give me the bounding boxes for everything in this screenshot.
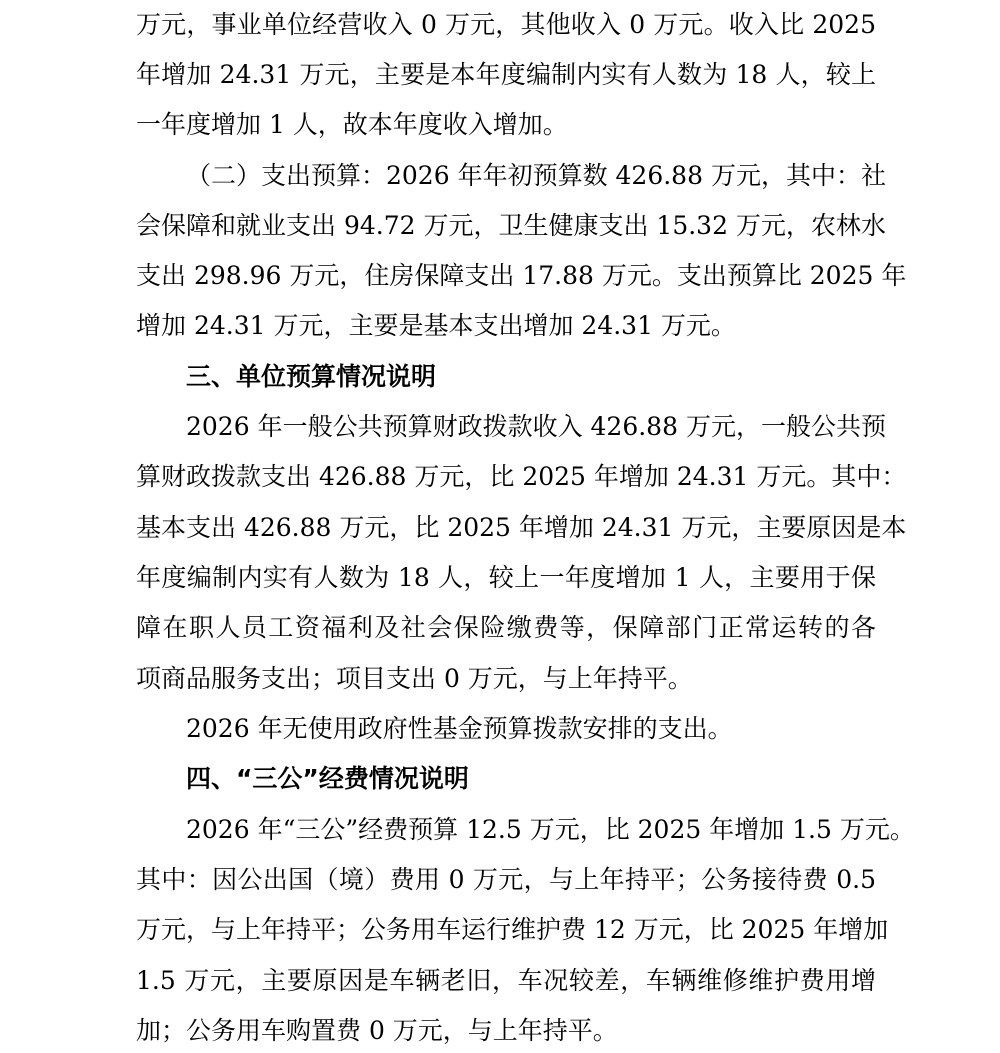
paragraph-three-public-line-4: 1.5 万元，主要原因是车辆老旧，车况较差，车辆维修维护费用增	[136, 956, 876, 1006]
paragraph-unit-budget-line-5: 障在职人员工资福利及社会保险缴费等，保障部门正常运转的各	[136, 603, 876, 653]
paragraph-three-public-line-1: 2026 年“三公”经费预算 12.5 万元，比 2025 年增加 1.5 万元…	[186, 805, 876, 855]
paragraph-unit-budget-line-4: 年度编制内实有人数为 18 人，较上一年度增加 1 人，主要用于保	[136, 553, 876, 603]
paragraph-unit-budget-line-3: 基本支出 426.88 万元，比 2025 年增加 24.31 万元，主要原因是…	[136, 503, 876, 553]
paragraph-expenditure-line-3: 支出 298.96 万元，住房保障支出 17.88 万元。支出预算比 2025 …	[136, 251, 876, 301]
paragraph-government-fund: 2026 年无使用政府性基金预算拨款安排的支出。	[186, 704, 876, 754]
section-heading-three-public: 四、“三公”经费情况说明	[186, 754, 876, 804]
paragraph-unit-budget-line-1: 2026 年一般公共预算财政拨款收入 426.88 万元，一般公共预	[186, 402, 876, 452]
paragraph-three-public-line-5: 加；公务用车购置费 0 万元，与上年持平。	[136, 1006, 876, 1053]
paragraph-three-public-line-2: 其中：因公出国（境）费用 0 万元，与上年持平；公务接待费 0.5	[136, 855, 876, 905]
paragraph-income-line-1: 万元，事业单位经营收入 0 万元，其他收入 0 万元。收入比 2025	[136, 0, 876, 50]
paragraph-expenditure-line-1: （二）支出预算：2026 年年初预算数 426.88 万元，其中：社	[186, 151, 876, 201]
paragraph-income-line-2: 年增加 24.31 万元，主要是本年度编制内实有人数为 18 人，较上	[136, 50, 876, 100]
section-heading-unit-budget: 三、单位预算情况说明	[186, 352, 876, 402]
paragraph-expenditure-line-2: 会保障和就业支出 94.72 万元，卫生健康支出 15.32 万元，农林水	[136, 201, 876, 251]
paragraph-unit-budget-line-2: 算财政拨款支出 426.88 万元，比 2025 年增加 24.31 万元。其中…	[136, 452, 876, 502]
paragraph-expenditure-line-4: 增加 24.31 万元，主要是基本支出增加 24.31 万元。	[136, 301, 876, 351]
paragraph-unit-budget-line-6: 项商品服务支出；项目支出 0 万元，与上年持平。	[136, 654, 876, 704]
paragraph-three-public-line-3: 万元，与上年持平；公务用车运行维护费 12 万元，比 2025 年增加	[136, 905, 876, 955]
paragraph-income-line-3: 一年度增加 1 人，故本年度收入增加。	[136, 100, 876, 150]
